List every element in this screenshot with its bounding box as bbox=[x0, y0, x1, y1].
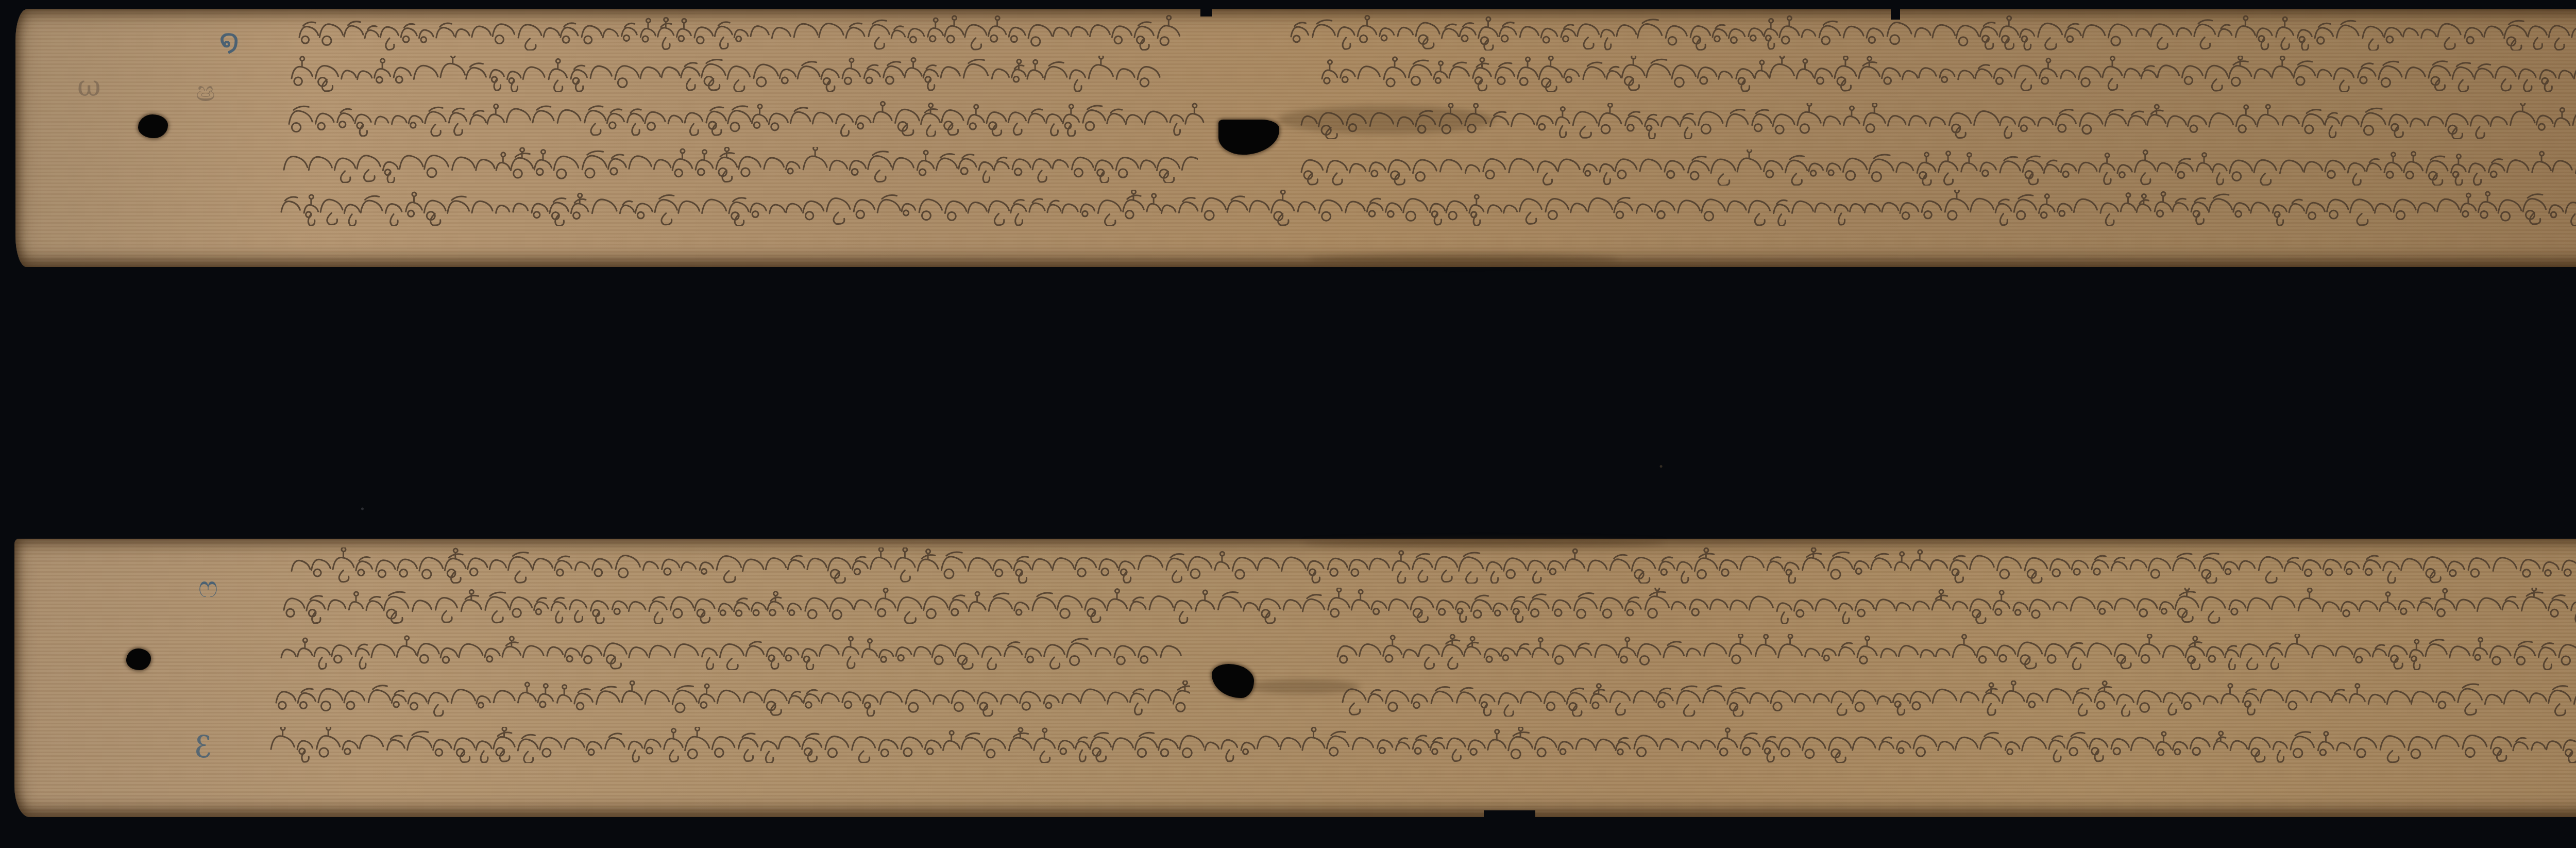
foliation-numeral: ໑ bbox=[219, 25, 240, 57]
binding-hole-top-left bbox=[138, 114, 168, 138]
manuscript-text-line bbox=[278, 190, 2576, 226]
manuscript-text-line bbox=[281, 588, 2576, 624]
manuscript-text-line bbox=[1319, 56, 2576, 92]
leaf-edge-notch bbox=[1200, 7, 1212, 16]
manuscript-text-line bbox=[281, 147, 1198, 183]
foliation-numeral: ꜫ bbox=[195, 732, 212, 763]
manuscript-text-line bbox=[1288, 14, 2576, 51]
binding-hole-bottom-left bbox=[126, 649, 151, 670]
manuscript-text-line bbox=[296, 14, 1198, 51]
manuscript-text-line bbox=[278, 634, 1185, 670]
manuscript-text-line bbox=[1298, 103, 2576, 139]
leaf-edge-notch bbox=[1484, 810, 1535, 819]
leaf-stain bbox=[1309, 254, 1618, 265]
manuscript-text-line bbox=[289, 547, 2576, 584]
pencil-mark: ෂ bbox=[196, 77, 215, 106]
foliation-numeral: ෆ bbox=[198, 573, 218, 602]
manuscript-text-line bbox=[273, 680, 1190, 717]
manuscript-text-line bbox=[268, 727, 2576, 763]
manuscript-text-line bbox=[286, 101, 1208, 137]
pencil-mark: ω bbox=[77, 72, 101, 101]
manuscript-text-line bbox=[1298, 149, 2576, 186]
manuscript-text-line bbox=[1340, 680, 2576, 717]
manuscript-text-line bbox=[289, 56, 1164, 92]
manuscript-text-line bbox=[1334, 634, 2576, 670]
leaf-stain bbox=[1303, 539, 1664, 548]
